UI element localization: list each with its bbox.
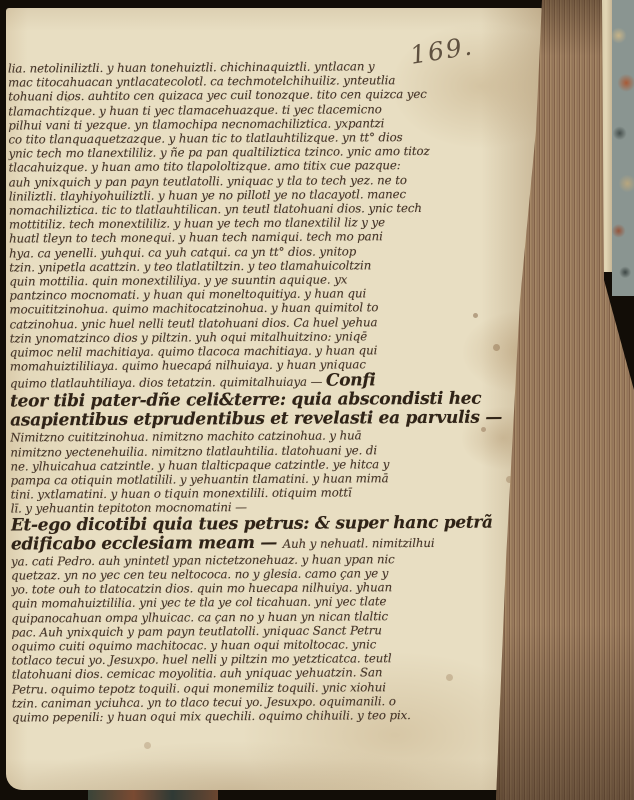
marbled-board-bottom	[88, 790, 218, 800]
manuscript-photo: 169. lia. netoliniliztli. y huan tonehui…	[0, 0, 634, 800]
text-line: asapientibus etprudentibus et revelasti …	[10, 409, 506, 431]
text-line: Et-ego dicotibi quia tues petrus: & supe…	[11, 513, 507, 535]
paper-stains	[6, 8, 9, 11]
manuscript-page: 169. lia. netoliniliztli. y huan tonehui…	[6, 8, 546, 790]
text-line: quimo pepenili: y huan oqui mix quechili…	[12, 707, 508, 724]
marbled-endpaper	[612, 0, 634, 296]
manuscript-text: lia. netoliniliztli. y huan tonehuiztli.…	[8, 58, 508, 724]
text-line: edificabo ecclesiam meam — Auh y nehuatl…	[11, 532, 507, 554]
